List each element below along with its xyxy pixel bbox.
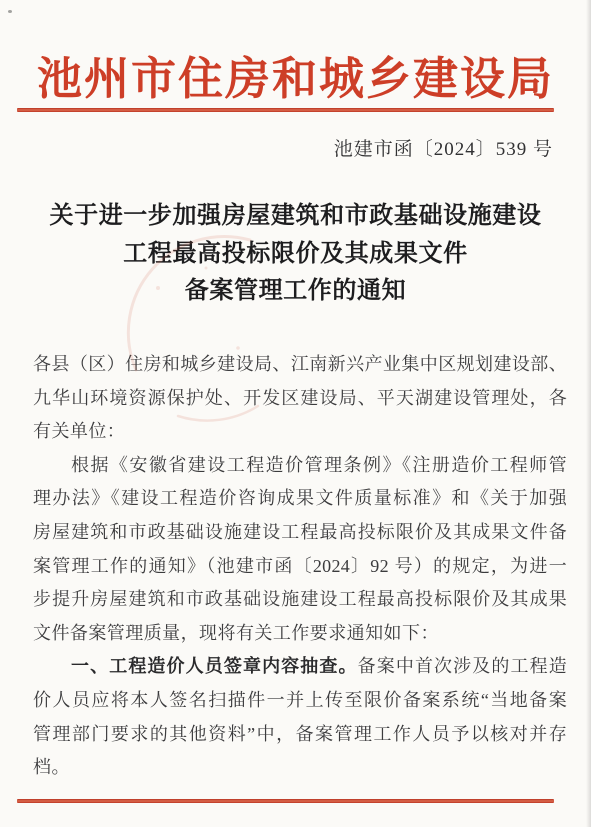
body-text: 有关单位： (33, 421, 125, 441)
body-text: 九华山环境资源保护处、开发区建设局、平天湖建设管理处，各 (33, 388, 567, 408)
notice-title-line: 工程最高投标限价及其成果文件 (0, 236, 591, 274)
body-line: 根据《安徽省建设工程造价管理条例》《注册造价工程师管 (33, 449, 567, 483)
scan-speck (8, 10, 12, 13)
body-text: 价人员应将本人签名扫描件一并上传至限价备案系统“当地备案 (33, 690, 567, 710)
body-text: 文件备案管理质量，现将有关工作要求通知如下： (33, 623, 439, 643)
body-line: 文件备案管理质量，现将有关工作要求通知如下： (33, 617, 567, 651)
body-line: 一、工程造价人员签章内容抽查。备案中首次涉及的工程造 (33, 650, 567, 684)
body-text: 管理部门要求的其他资料”中，备案管理工作人员予以核对并存 (33, 724, 567, 744)
body-text: 房屋建筑和市政基础设施建设工程最高投标限价及其成果文件备 (33, 522, 567, 542)
body-text: 备案中首次涉及的工程造 (358, 656, 567, 676)
notice-title-line: 关于进一步加强房屋建筑和市政基础设施建设 (0, 198, 591, 236)
body-line: 有关单位： (33, 415, 567, 449)
notice-title-line: 备案管理工作的通知 (0, 273, 591, 311)
body-text: 步提升房屋建筑和市政基础设施建设工程最高投标限价及其成果 (33, 589, 567, 609)
body-line: 档。 (33, 751, 567, 785)
body-text: 档。 (33, 757, 70, 777)
emphasis-text: 一、工程造价人员签章内容抽查。 (71, 656, 358, 676)
body-line: 价人员应将本人签名扫描件一并上传至限价备案系统“当地备案 (33, 684, 567, 718)
body-line: 管理部门要求的其他资料”中，备案管理工作人员予以核对并存 (33, 718, 567, 752)
body-line: 理办法》《建设工程造价咨询成果文件质量标准》和《关于加强 (33, 482, 567, 516)
notice-body: 各县（区）住房和城乡建设局、江南新兴产业集中区规划建设部、九华山环境资源保护处、… (33, 348, 567, 785)
body-line: 房屋建筑和市政基础设施建设工程最高投标限价及其成果文件备 (33, 516, 567, 550)
agency-name: 池州市住房和城乡建设局 (0, 42, 591, 107)
document-number: 池建市函〔2024〕539 号 (334, 134, 553, 161)
body-line: 各县（区）住房和城乡建设局、江南新兴产业集中区规划建设部、 (33, 348, 567, 382)
body-line: 案管理工作的通知》（池建市函〔2024〕92 号）的规定，为进一 (33, 550, 567, 584)
notice-title: 关于进一步加强房屋建筑和市政基础设施建设 工程最高投标限价及其成果文件 备案管理… (0, 198, 591, 311)
scan-edge-shadow (586, 0, 591, 827)
body-text: 案管理工作的通知》（池建市函〔2024〕92 号）的规定，为进一 (33, 556, 567, 576)
body-text: 各县（区）住房和城乡建设局、江南新兴产业集中区规划建设部、 (33, 354, 567, 374)
footer-divider-rule (17, 799, 554, 803)
document-page: 池州市住房和城乡建设局 池建市函〔2024〕539 号 关于进一步加强房屋建筑和… (0, 0, 591, 827)
header-divider-rule (17, 108, 554, 112)
body-line: 九华山环境资源保护处、开发区建设局、平天湖建设管理处，各 (33, 382, 567, 416)
body-line: 步提升房屋建筑和市政基础设施建设工程最高投标限价及其成果 (33, 583, 567, 617)
body-text: 理办法》《建设工程造价咨询成果文件质量标准》和《关于加强 (33, 488, 567, 508)
body-text: 根据《安徽省建设工程造价管理条例》《注册造价工程师管 (71, 455, 567, 475)
